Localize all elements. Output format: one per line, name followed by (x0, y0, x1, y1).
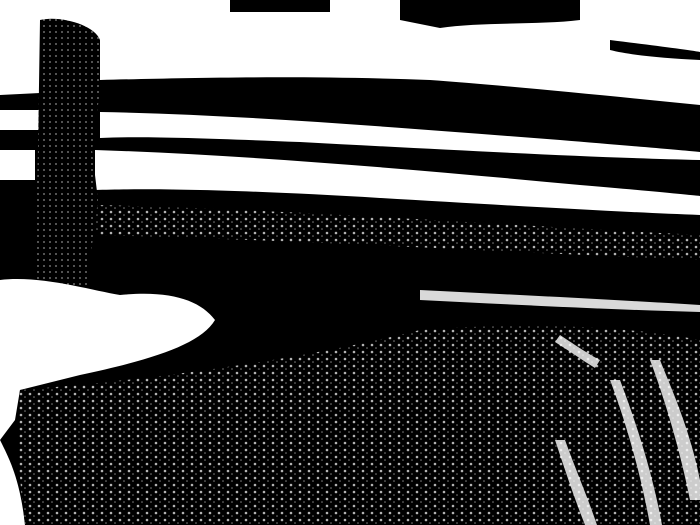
light-band-2-left (0, 150, 35, 180)
halftone-photo (0, 0, 700, 525)
light-band-1-left (0, 110, 40, 130)
